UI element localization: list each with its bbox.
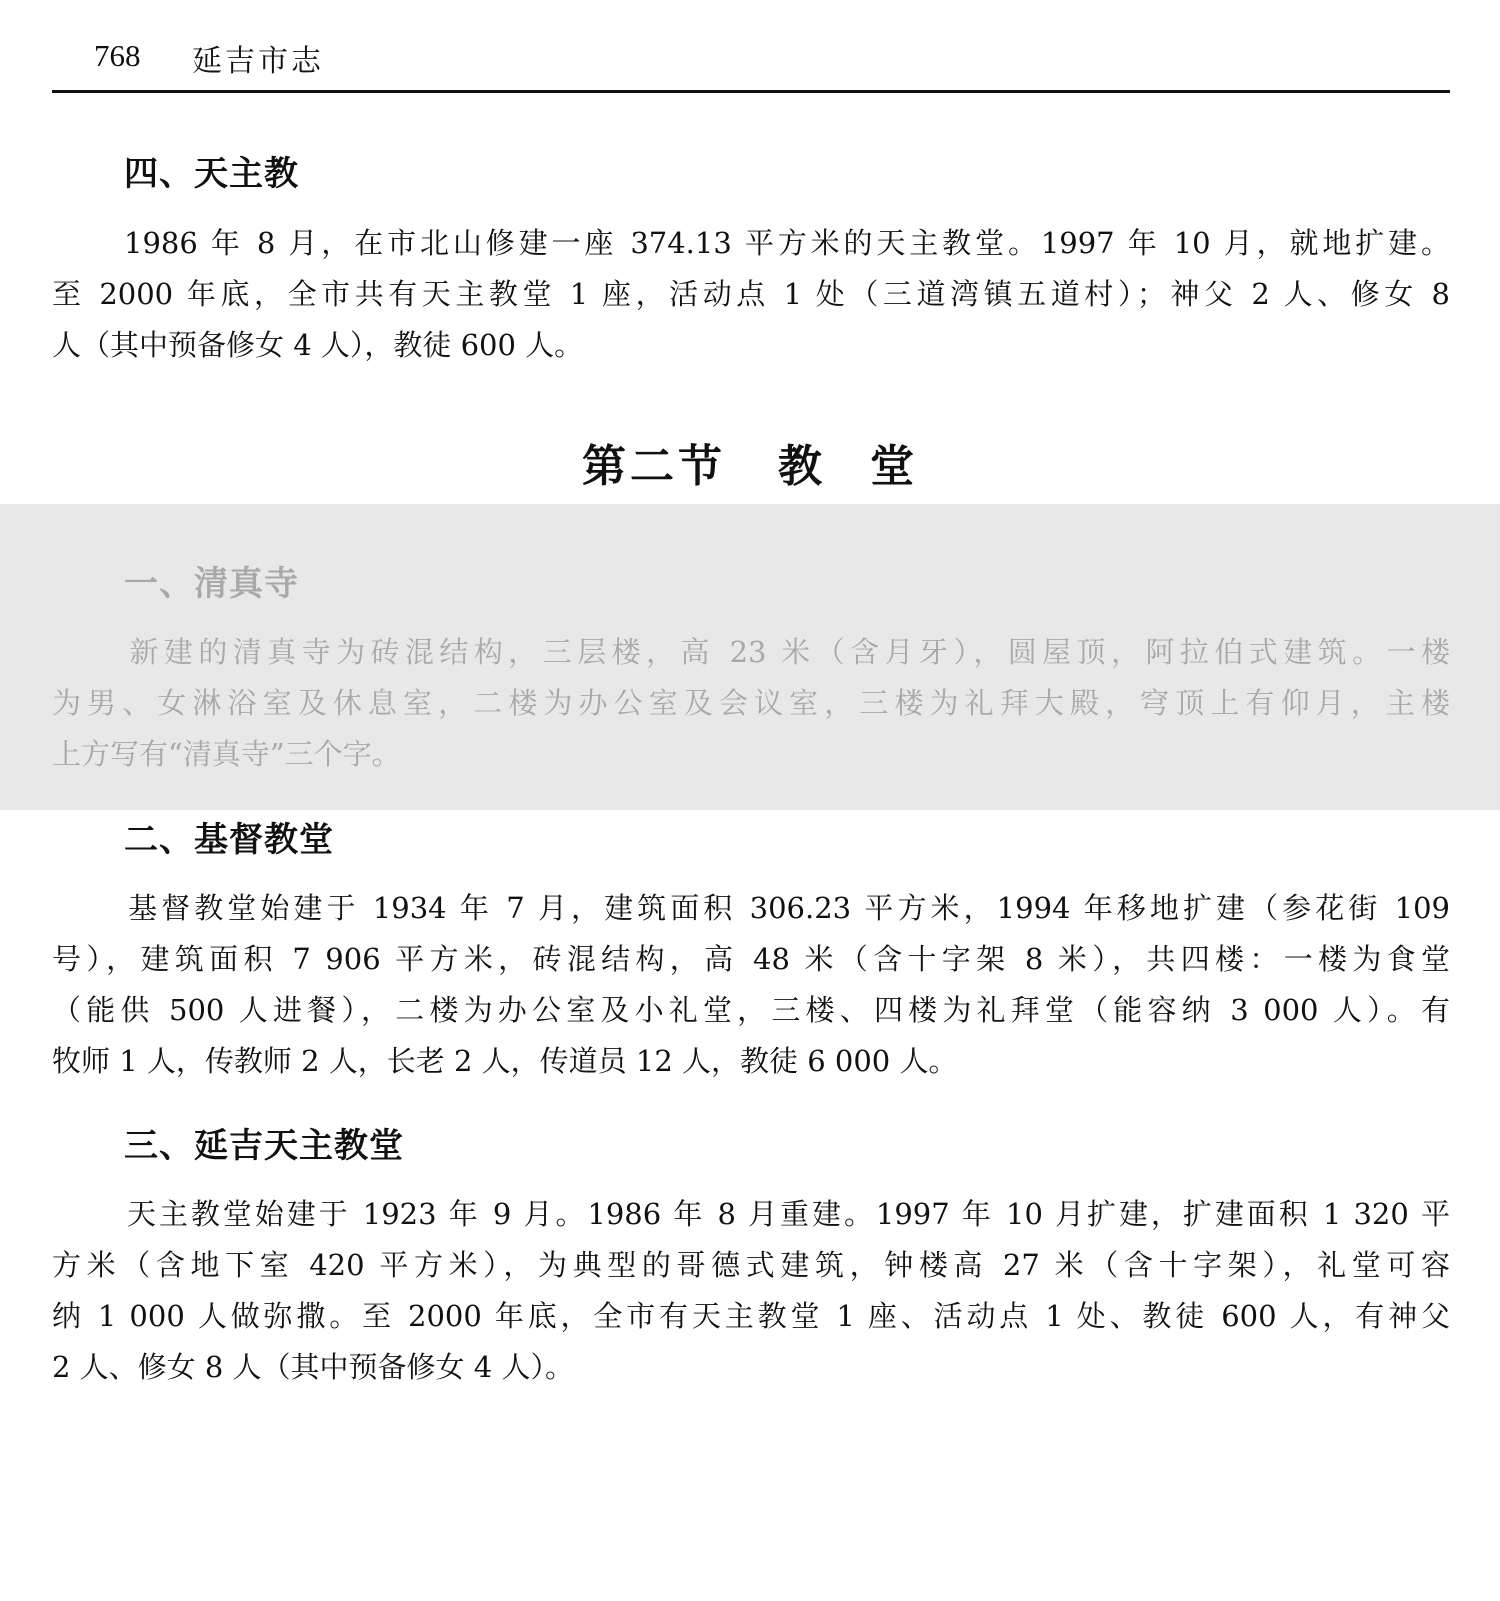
text-line: 基督教堂始建于 1934 年 7 月，建筑面积 306.23 平方米，1994 … — [52, 883, 1450, 934]
text-line-content: 基督教堂始建于 1934 年 7 月，建筑面积 306.23 平方米，1994 … — [124, 891, 1450, 925]
section-title: 第二节教堂 — [0, 430, 1500, 494]
text-line: 2 人、修女 8 人（其中预备修女 4 人）。 — [52, 1342, 1450, 1393]
heading-yanji-catholic-church: 三、延吉天主教堂 — [124, 1118, 404, 1167]
paragraph-yanji-catholic-church: 天主教堂始建于 1923 年 9 月。1986 年 8 月重建。1997 年 1… — [52, 1189, 1450, 1393]
section-title-char: 堂 — [870, 441, 918, 492]
page-number: 768 — [94, 38, 141, 74]
text-line: 至 2000 年底，全市共有天主教堂 1 座，活动点 1 处（三道湾镇五道村）；… — [52, 269, 1450, 320]
text-line: 方米（含地下室 420 平方米），为典型的哥德式建筑，钟楼高 27 米（含十字架… — [52, 1240, 1450, 1291]
text-line: （能供 500 人进餐），二楼为办公室及小礼堂，三楼、四楼为礼拜堂（能容纳 3 … — [52, 985, 1450, 1036]
text-line-content: 新建的清真寺为砖混结构，三层楼，高 23 米（含月牙），圆屋顶，阿拉伯式建筑。一… — [124, 635, 1450, 669]
text-line: 牧师 1 人，传教师 2 人，长老 2 人，传道员 12 人，教徒 6 000 … — [52, 1036, 1450, 1087]
text-line: 为男、女淋浴室及休息室，二楼为办公室及会议室，三楼为礼拜大殿，穹顶上有仰月，主楼 — [52, 678, 1450, 729]
text-line-content: 天主教堂始建于 1923 年 9 月。1986 年 8 月重建。1997 年 1… — [124, 1197, 1450, 1231]
paragraph-catholicism: 1986 年 8 月，在市北山修建一座 374.13 平方米的天主教堂。1997… — [52, 218, 1450, 371]
running-header: 768 延吉市志 — [52, 30, 1450, 93]
section-title-prefix: 第二节 — [582, 441, 726, 492]
text-line: 1986 年 8 月，在市北山修建一座 374.13 平方米的天主教堂。1997… — [52, 218, 1450, 269]
text-line: 号），建筑面积 7 906 平方米，砖混结构，高 48 米（含十字架 8 米），… — [52, 934, 1450, 985]
heading-mosque: 一、清真寺 — [124, 556, 299, 605]
heading-christian-church: 二、基督教堂 — [124, 812, 334, 861]
heading-catholicism: 四、天主教 — [124, 146, 299, 195]
section-title-char: 教 — [778, 441, 826, 492]
book-title: 延吉市志 — [192, 36, 324, 80]
text-line-content: 1986 年 8 月，在市北山修建一座 374.13 平方米的天主教堂。1997… — [124, 226, 1450, 260]
text-line: 上方写有“清真寺”三个字。 — [52, 729, 1450, 780]
paragraph-mosque: 新建的清真寺为砖混结构，三层楼，高 23 米（含月牙），圆屋顶，阿拉伯式建筑。一… — [52, 627, 1450, 780]
text-line: 人（其中预备修女 4 人），教徒 600 人。 — [52, 320, 1450, 371]
text-line: 天主教堂始建于 1923 年 9 月。1986 年 8 月重建。1997 年 1… — [52, 1189, 1450, 1240]
paragraph-christian-church: 基督教堂始建于 1934 年 7 月，建筑面积 306.23 平方米，1994 … — [52, 883, 1450, 1087]
text-line: 纳 1 000 人做弥撒。至 2000 年底，全市有天主教堂 1 座、活动点 1… — [52, 1291, 1450, 1342]
text-line: 新建的清真寺为砖混结构，三层楼，高 23 米（含月牙），圆屋顶，阿拉伯式建筑。一… — [52, 627, 1450, 678]
